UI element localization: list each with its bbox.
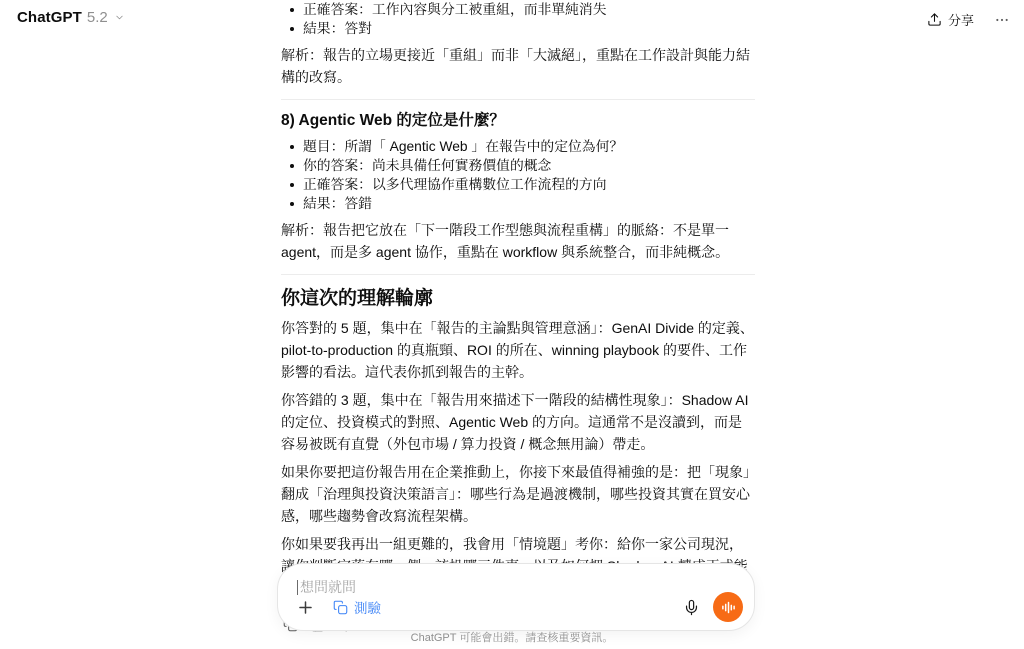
summary-paragraph: 你答對的 5 題，集中在「報告的主論點與管理意涵」：GenAI Divide 的… xyxy=(281,317,755,383)
assistant-message: 正確答案：工作內容與分工被重組，而非單純消失 結果：答對 解析：報告的立場更接近… xyxy=(281,0,755,634)
list-item: 正確答案：工作內容與分工被重組，而非單純消失 xyxy=(290,0,755,19)
summary-paragraph: 你答錯的 3 題，集中在「報告用來描述下一階段的結構性現象」：Shadow AI… xyxy=(281,389,755,455)
q7-analysis: 解析：報告的立場更接近「重組」而非「大滅絕」，重點在工作設計與能力結構的改寫。 xyxy=(281,44,755,88)
summary-heading: 你這次的理解輪廓 xyxy=(281,287,755,311)
attach-button[interactable] xyxy=(292,594,318,620)
q8-heading: 8) Agentic Web 的定位是什麼？ xyxy=(281,111,755,131)
microphone-icon xyxy=(683,599,700,616)
q7-bullet-list: 正確答案：工作內容與分工被重組，而非單純消失 結果：答對 xyxy=(281,0,755,38)
voice-mode-button[interactable] xyxy=(713,592,743,622)
section-divider xyxy=(281,274,755,275)
model-selector[interactable]: ChatGPT 5.2 xyxy=(17,9,125,26)
chevron-down-icon xyxy=(114,12,125,23)
audio-waveform-icon xyxy=(721,600,736,615)
brand-label: ChatGPT xyxy=(17,9,82,26)
dictate-button[interactable] xyxy=(683,599,700,616)
share-icon xyxy=(927,12,942,27)
composer: 想問就問 測驗 xyxy=(277,563,755,631)
quiz-reference-chip[interactable]: 測驗 xyxy=(333,597,381,617)
list-item: 正確答案：以多代理協作重構數位工作流程的方向 xyxy=(290,175,755,194)
quiz-chip-label: 測驗 xyxy=(354,597,381,617)
composer-toolbar: 測驗 xyxy=(292,592,743,622)
share-button[interactable]: 分享 xyxy=(927,10,974,29)
summary-paragraph: 如果你要把這份報告用在企業推動上，你接下來最值得補強的是：把「現象」翻成「治理與… xyxy=(281,461,755,527)
list-item: 結果：答對 xyxy=(290,19,755,38)
disclaimer-text: ChatGPT 可能會出錯。請查核重要資訊。 xyxy=(0,629,1024,645)
model-version: 5.2 xyxy=(87,9,108,26)
list-item: 題目：所謂「 Agentic Web 」在報告中的定位為何？ xyxy=(290,137,755,156)
pages-icon xyxy=(333,600,348,615)
list-item: 結果：答錯 xyxy=(290,194,755,213)
plus-icon xyxy=(296,598,315,617)
list-item: 你的答案：尚未具備任何實務價值的概念 xyxy=(290,156,755,175)
q8-bullet-list: 題目：所謂「 Agentic Web 」在報告中的定位為何？ 你的答案：尚未具備… xyxy=(281,137,755,213)
more-options-button[interactable] xyxy=(994,12,1010,28)
ellipsis-icon xyxy=(994,12,1010,28)
q8-analysis: 解析：報告把它放在「下一階段工作型態與流程重構」的脈絡：不是單一 agent，而… xyxy=(281,219,755,263)
section-divider xyxy=(281,99,755,100)
header-actions: 分享 xyxy=(927,10,1010,29)
share-label: 分享 xyxy=(948,10,974,29)
